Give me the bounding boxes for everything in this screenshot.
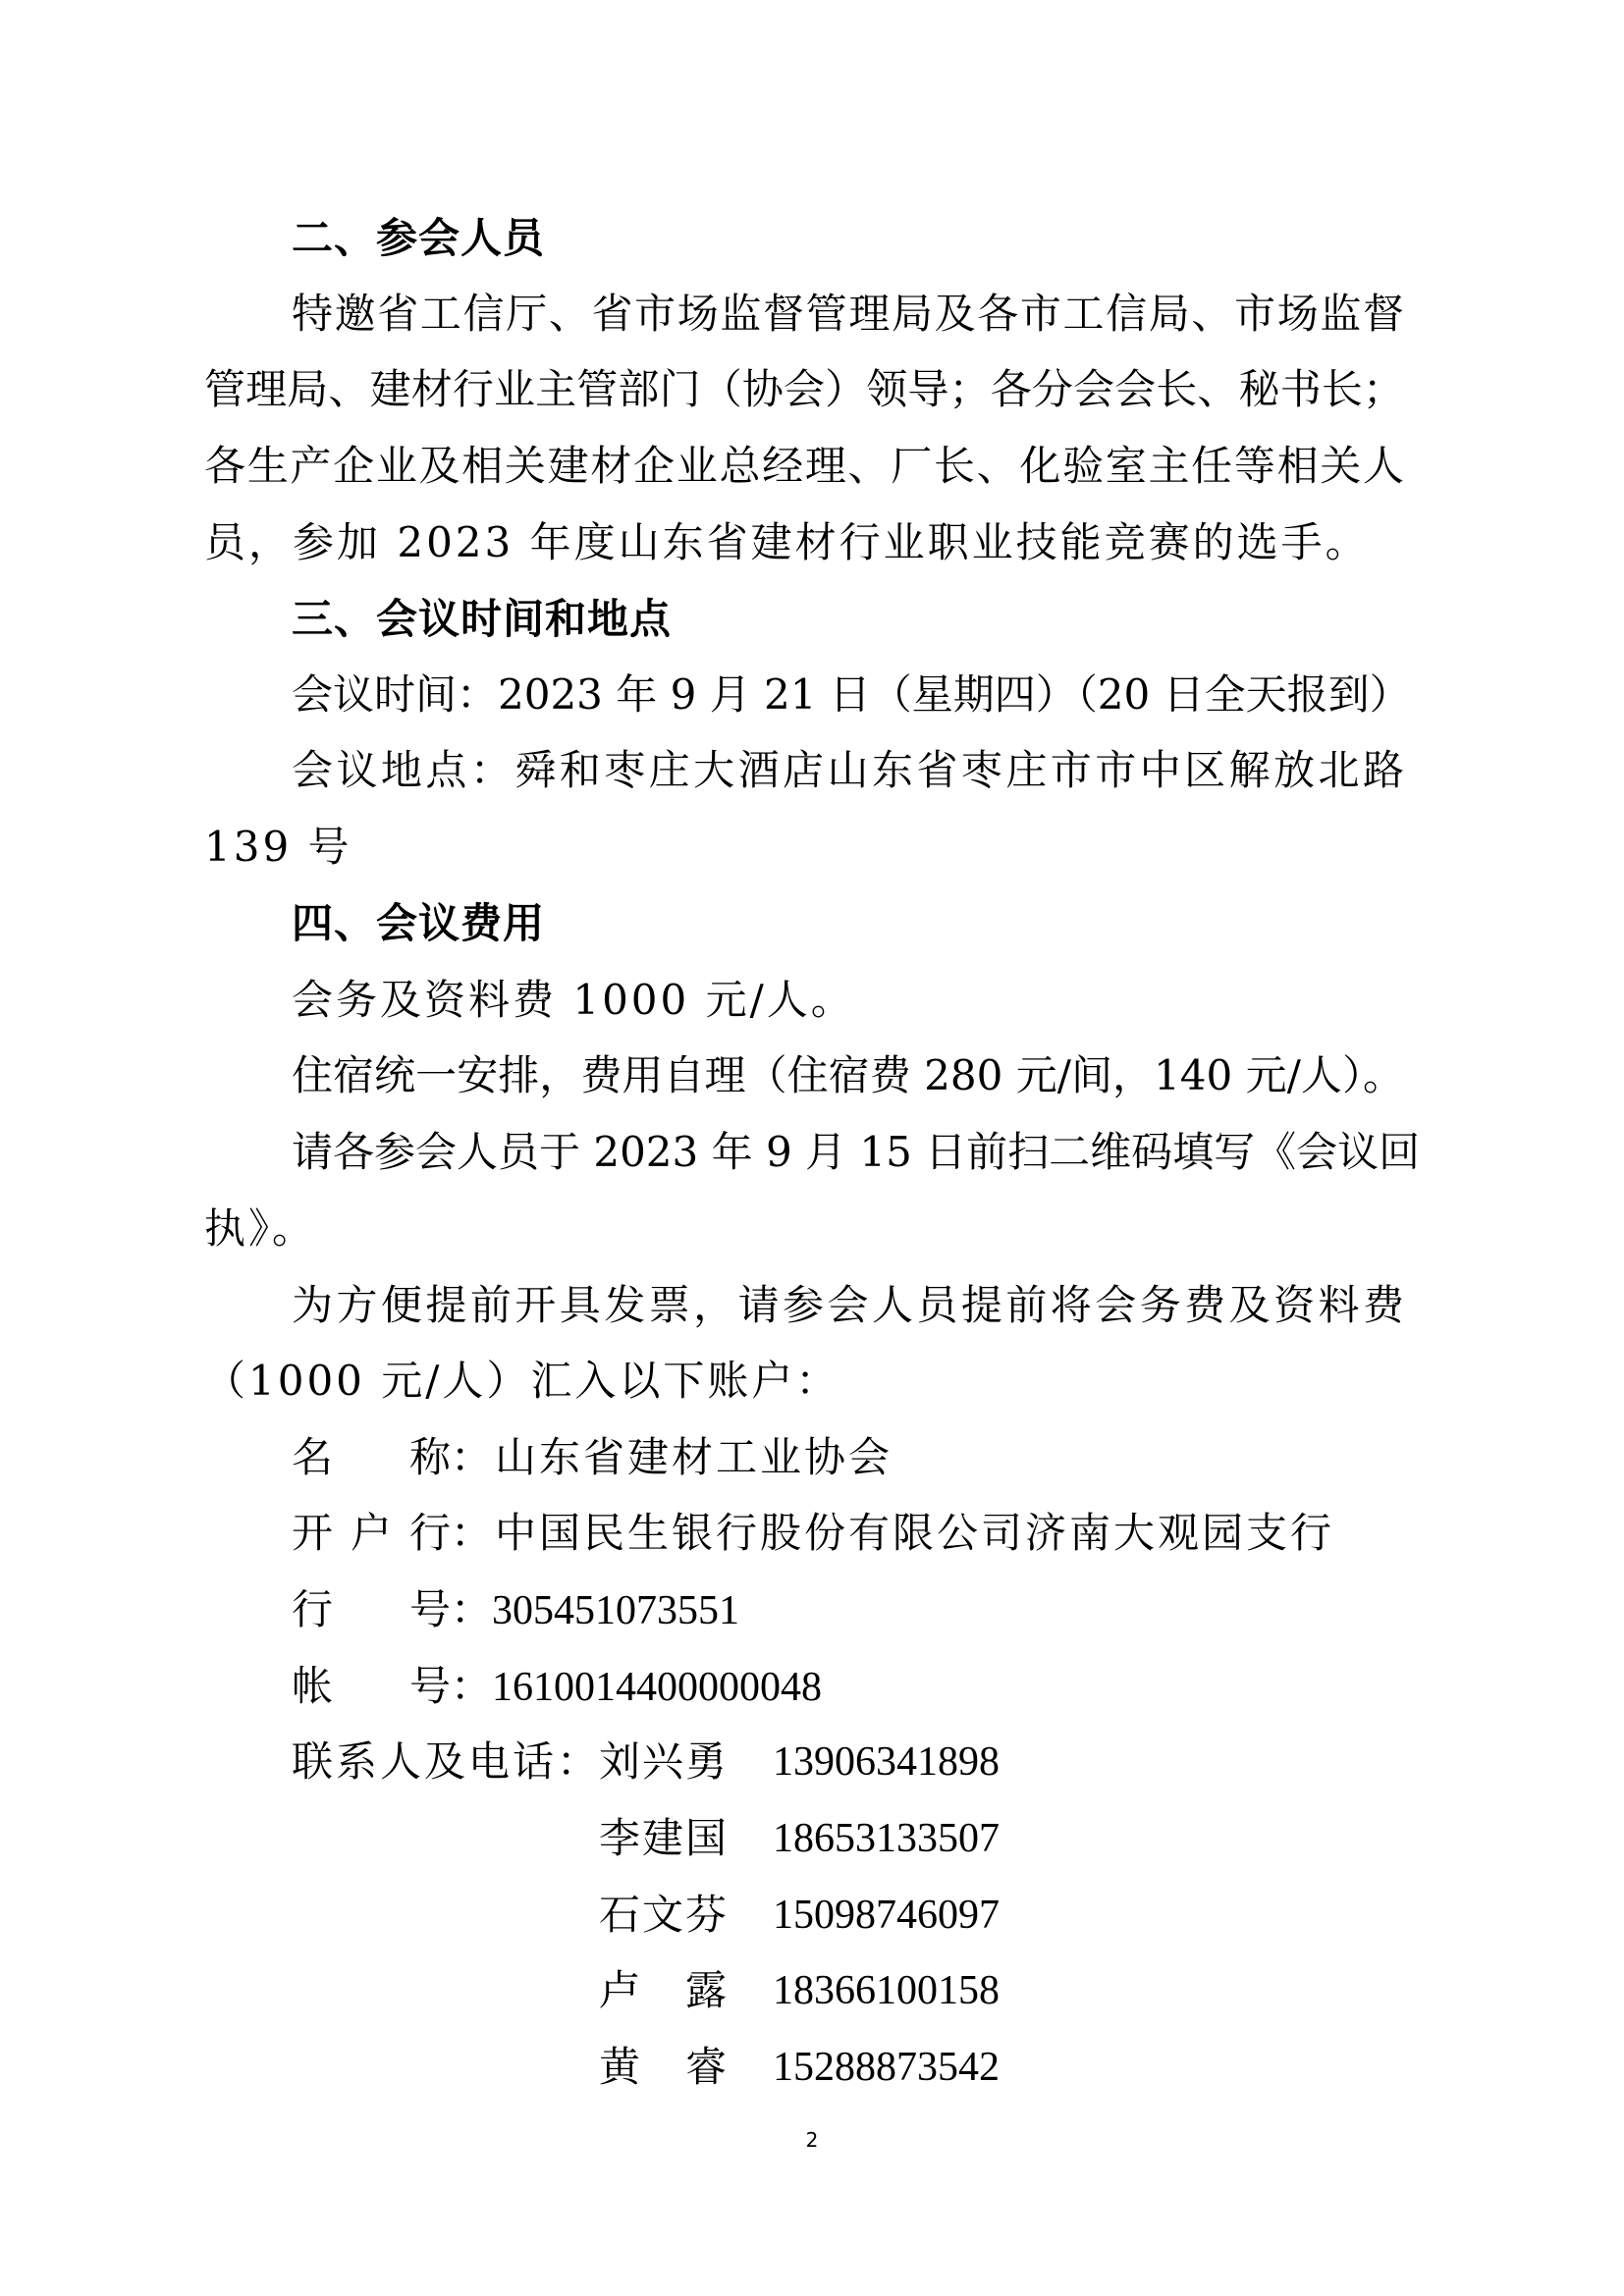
account-name-row: 名 称：山东省建材工业协会 [292, 1419, 1404, 1496]
contact-row: 石文芬 15098746097 [0, 1877, 1624, 1953]
paragraph-line: 各生产企业及相关建材企业总经理、厂长、化验室主任等相关人 [204, 428, 1404, 505]
document-page: 二、参会人员 特邀省工信厅、省市场监督管理局及各市工信局、市场监督 管理局、建材… [0, 0, 1624, 2296]
paragraph-line: 员，参加 2023 年度山东省建材行业职业技能竞赛的选手。 [204, 505, 1404, 581]
meeting-place-cont: 139 号 [204, 809, 1404, 885]
account-number-row: 帐 号：1610014400000048 [292, 1648, 1404, 1725]
page-number: 2 [0, 2120, 1624, 2160]
account-number-label: 帐 号 [292, 1648, 451, 1725]
bank-number-label: 行 号 [292, 1572, 451, 1648]
contact-name: 李建国 [599, 1800, 727, 1877]
contact-name: 石文芬 [599, 1877, 727, 1953]
remit-instruction: 为方便提前开具发票，请参会人员提前将会务费及资料费 [292, 1267, 1404, 1344]
paragraph-line: 特邀省工信厅、省市场监督管理局及各市工信局、市场监督 [292, 276, 1404, 352]
account-name-value: ：山东省建材工业协会 [451, 1433, 893, 1481]
paragraph-line: 管理局、建材行业主管部门（协会）领导；各分会会长、秘书长； [204, 351, 1404, 428]
contact-phone: 18653133507 [773, 1800, 1000, 1877]
contact-row: 卢露 18366100158 [0, 1952, 1624, 2029]
bank-number-value: ：305451073551 [451, 1588, 739, 1633]
section-heading-fees: 四、会议费用 [292, 885, 1404, 962]
bank-label: 开户行 [292, 1495, 451, 1572]
contact-name: 卢露 [599, 1952, 727, 2029]
contact-row: 李建国 18653133507 [0, 1800, 1624, 1877]
account-name-label: 名 称 [292, 1419, 451, 1496]
contact-row: 联系人及电话： 刘兴勇 13906341898 [0, 1724, 1624, 1800]
contact-name: 黄睿 [599, 2029, 727, 2106]
contact-row: 黄睿 15288873542 [0, 2029, 1624, 2106]
bank-row: 开户行：中国民生银行股份有限公司济南大观园支行 [292, 1495, 1404, 1572]
remit-instruction-cont: （1000 元/人）汇入以下账户： [204, 1343, 1404, 1419]
contacts-label: 联系人及电话： [292, 1724, 601, 1800]
lodging-fee: 住宿统一安排，费用自理（住宿费 280 元/间，140 元/人）。 [292, 1038, 1404, 1114]
contact-name: 刘兴勇 [599, 1724, 727, 1800]
contact-phone: 15288873542 [773, 2029, 1000, 2106]
bank-number-row: 行 号：305451073551 [292, 1572, 1404, 1648]
section-heading-attendees: 二、参会人员 [292, 200, 1404, 277]
conference-fee: 会务及资料费 1000 元/人。 [292, 962, 1404, 1039]
account-number-value: ：1610014400000048 [451, 1665, 822, 1710]
receipt-instruction-cont: 执》。 [204, 1191, 1404, 1267]
section-heading-time-place: 三、会议时间和地点 [292, 581, 1404, 658]
contact-phone: 15098746097 [773, 1877, 1000, 1953]
bank-value: ：中国民生银行股份有限公司济南大观园支行 [451, 1509, 1334, 1557]
receipt-instruction: 请各参会人员于 2023 年 9 月 15 日前扫二维码填写《会议回 [292, 1114, 1404, 1191]
meeting-time: 会议时间：2023 年 9 月 21 日（星期四）（20 日全天报到） [292, 657, 1404, 733]
contact-phone: 13906341898 [773, 1724, 1000, 1800]
contact-phone: 18366100158 [773, 1952, 1000, 2029]
meeting-place: 会议地点：舜和枣庄大酒店山东省枣庄市市中区解放北路 [292, 732, 1404, 809]
